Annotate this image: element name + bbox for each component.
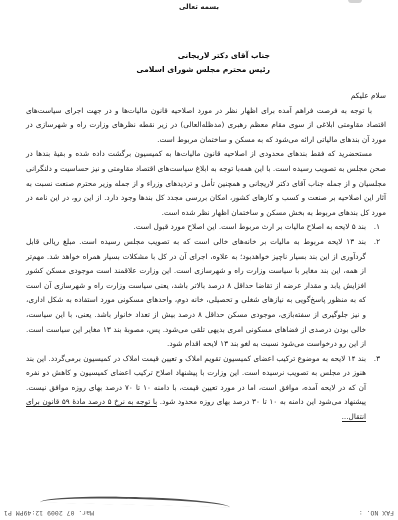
item-number: ۲. (374, 235, 380, 250)
paragraph-context: مستحضرید که فقط بندهای محدودی از اصلاحیه… (26, 147, 386, 220)
addressee-title: رئیس محترم مجلس شورای اسلامی (136, 63, 270, 77)
numbered-items: ۱. بند ۵ لایحه به اصلاح مالیات بر ارث مر… (26, 220, 386, 424)
scanned-letter-page: بسمه تعالی جناب آقای دکتر لاریجانی رئیس … (0, 0, 398, 520)
list-item-3: ۳. بند ۱۴ لایحه به موضوع ترکیب اعضای کمی… (26, 352, 386, 425)
addressee-name: جناب آقای دکتر لاریجانی (136, 49, 270, 63)
list-item-1: ۱. بند ۵ لایحه به اصلاح مالیات بر ارث مر… (26, 220, 386, 235)
paragraph-intro: با توجه به فرصت فراهم آمده برای اظهار نظ… (26, 104, 386, 148)
fax-number-label: FAX NO. : (359, 505, 394, 517)
fax-transmission-header: FAX NO. : Mar. 07 2009 12:49PM P1 (4, 505, 394, 517)
greeting: سلام علیکم (26, 89, 386, 104)
letter-heading: بسمه تعالی (0, 3, 398, 11)
item-text: بند ۵ لایحه به اصلاح مالیات بر ارث مربوط… (134, 222, 367, 231)
letter-body: سلام علیکم با توجه به فرصت فراهم آمده بر… (26, 89, 386, 425)
addressee-block: جناب آقای دکتر لاریجانی رئیس محترم مجلس … (136, 49, 270, 77)
item-number: ۱. (374, 220, 380, 235)
item-text: بند ۱۳ لایحه مربوط به مالیات بر خانه‌های… (26, 237, 366, 348)
list-item-2: ۲. بند ۱۳ لایحه مربوط به مالیات بر خانه‌… (26, 235, 386, 352)
item-number: ۳. (374, 352, 380, 367)
fax-timestamp: Mar. 07 2009 12:49PM P1 (4, 505, 94, 517)
